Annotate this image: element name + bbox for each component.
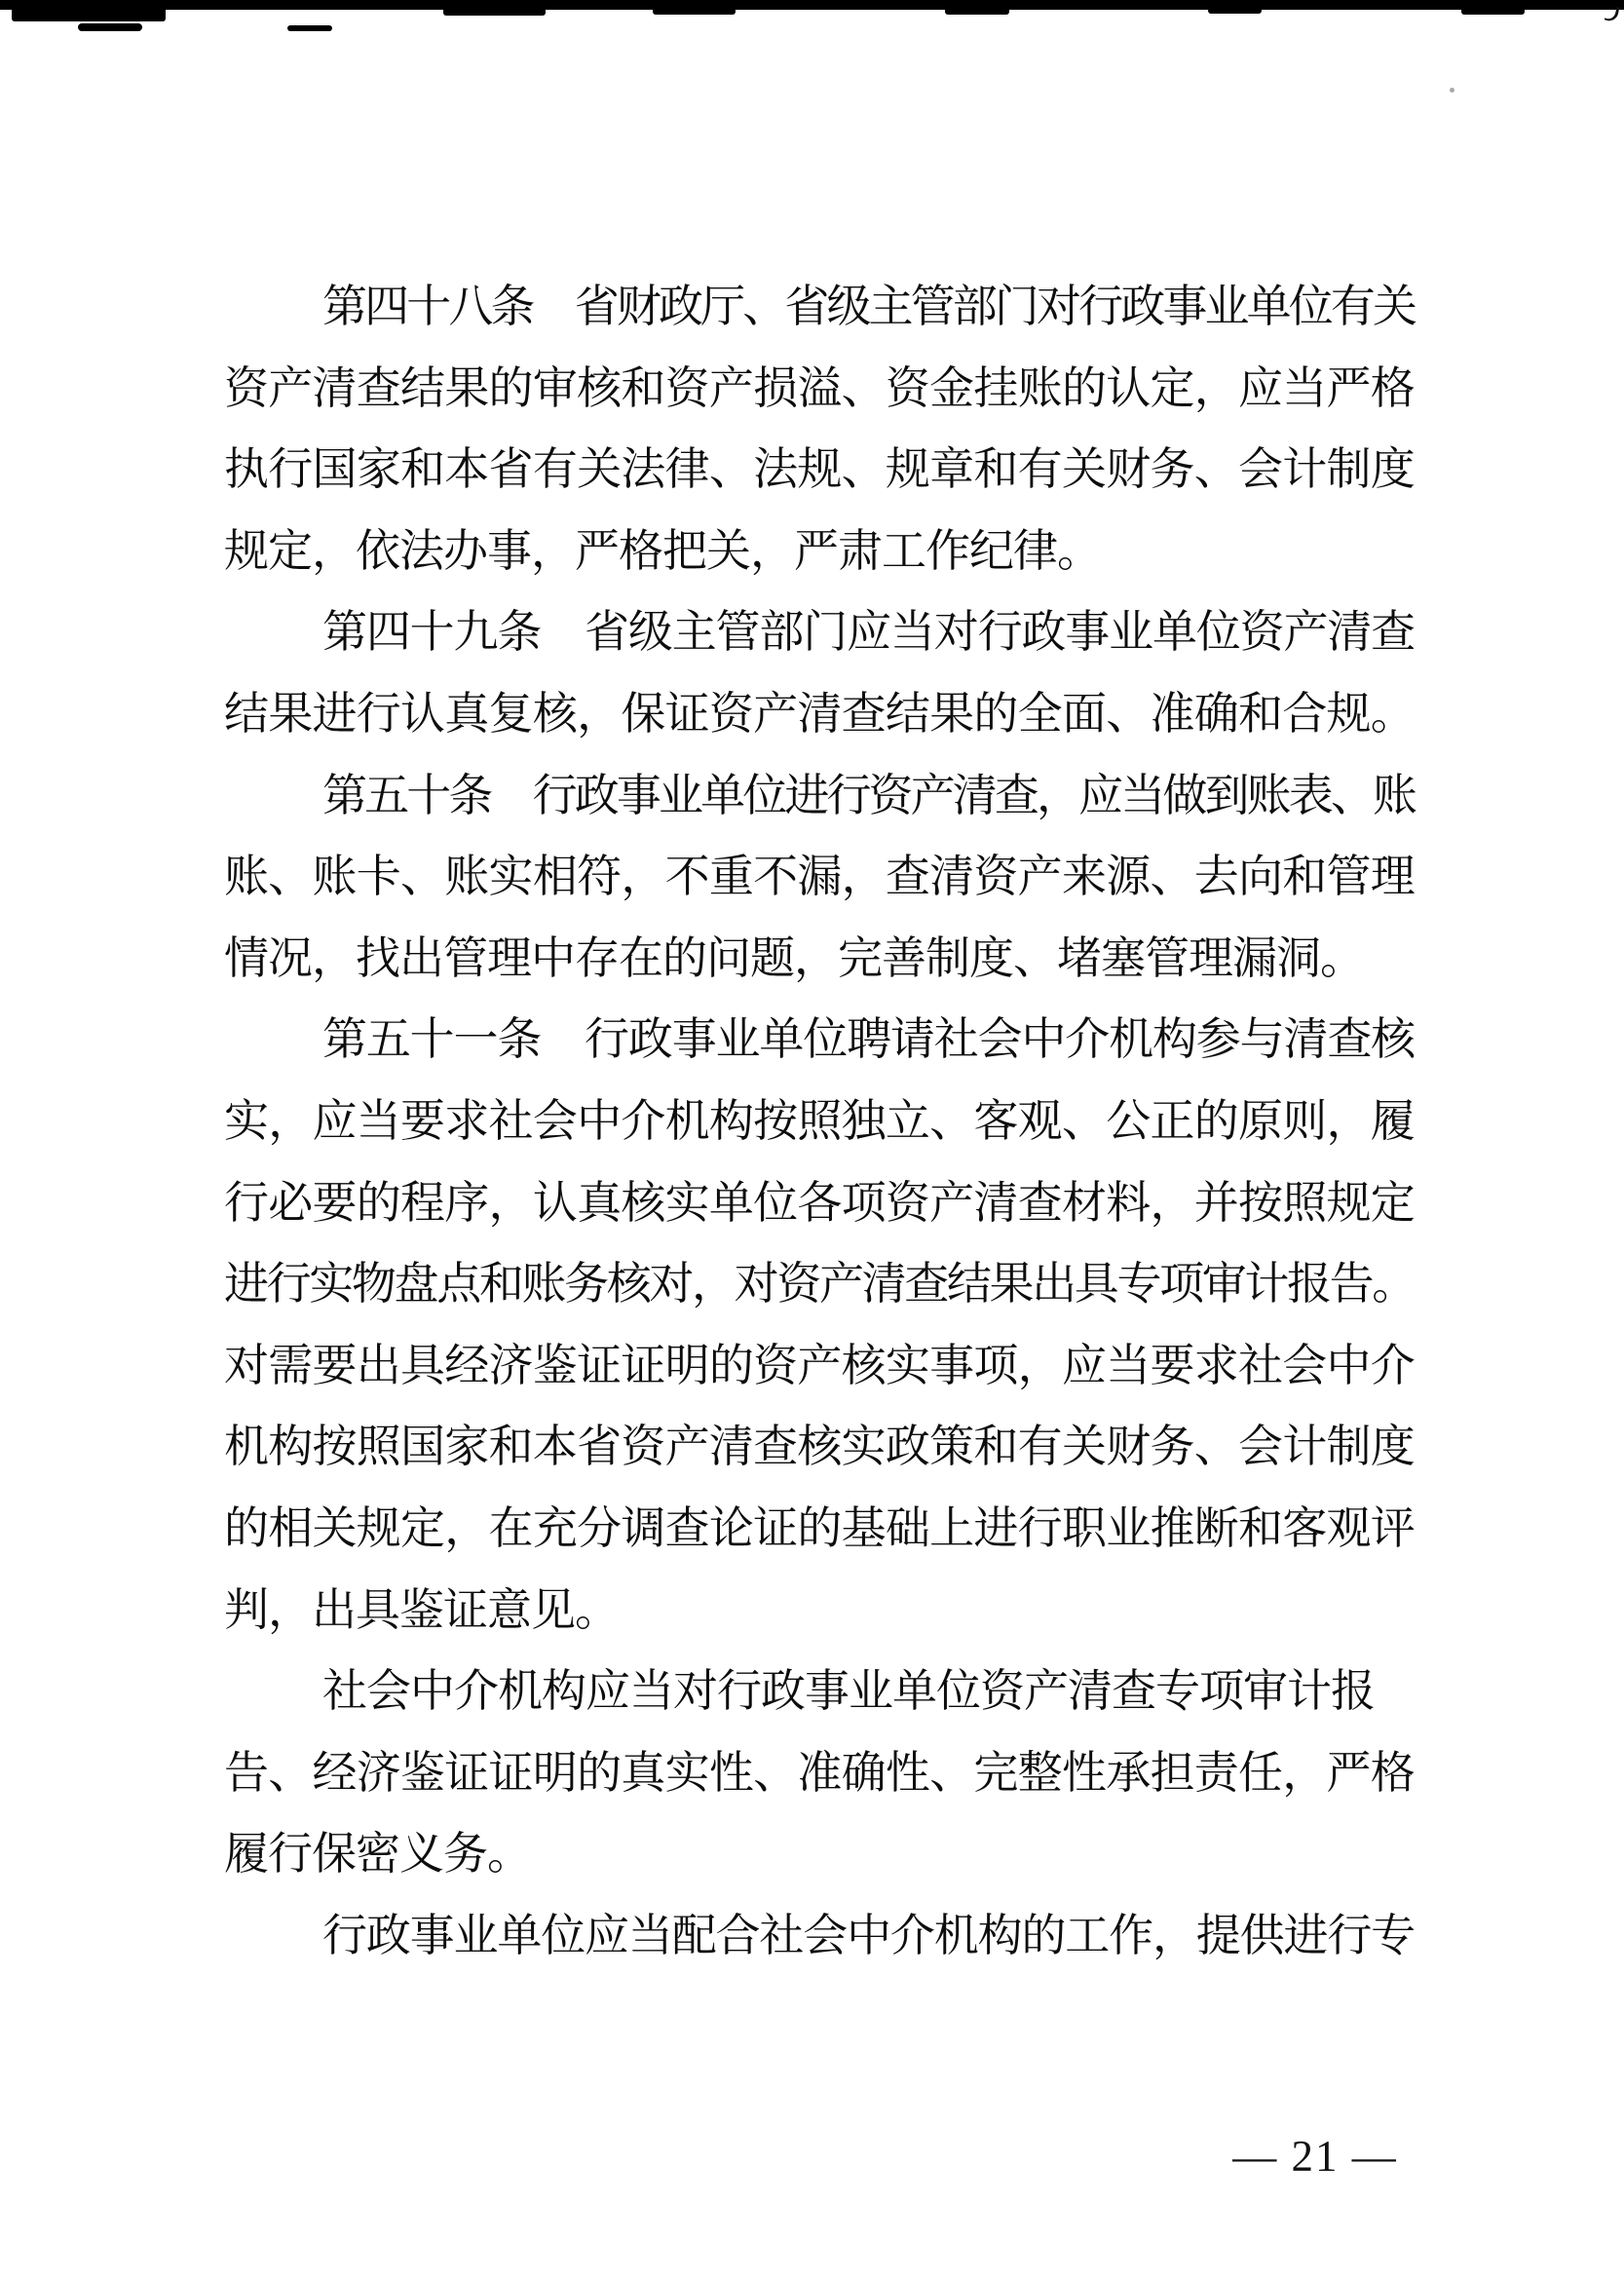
text-line-7: 第五十条 行政事业单位进行资产清查，应当做到账表、账: [322, 772, 1415, 826]
text-line-8: 账、账卡、账实相符，不重不漏，查清资产来源、去向和管理: [224, 853, 1415, 907]
text-layer: 第四十八条 省财政厅、省级主管部门对行政事业单位有关资产清查结果的审核和资产损溢…: [0, 0, 1624, 2279]
text-line-21: 行政事业单位应当配合社会中介机构的工作，提供进行专: [322, 1912, 1415, 1966]
text-line-13: 进行实物盘点和账务核对，对资产清查结果出具专项审计报告。: [224, 1260, 1415, 1314]
text-line-17: 判，出具鉴证意见。: [224, 1586, 619, 1641]
text-line-16: 的相关规定，在充分调查论证的基础上进行职业推断和客观评: [224, 1504, 1415, 1559]
text-line-4: 规定，依法办事，严格把关，严肃工作纪律。: [224, 527, 1101, 582]
text-line-9: 情况，找出管理中存在的问题，完善制度、堵塞管理漏洞。: [224, 934, 1364, 989]
text-line-12: 行必要的程序，认真核实单位各项资产清查材料，并按照规定: [224, 1179, 1415, 1234]
text-line-2: 资产清查结果的审核和资产损溢、资金挂账的认定，应当严格: [224, 364, 1415, 419]
text-line-19: 告、经济鉴证证明的真实性、准确性、完整性承担责任，严格: [224, 1749, 1415, 1804]
text-line-1: 第四十八条 省财政厅、省级主管部门对行政事业单位有关: [322, 283, 1415, 337]
text-line-14: 对需要出具经济鉴证证明的资产核实事项，应当要求社会中介: [224, 1342, 1415, 1396]
page-number: — 21 —: [1208, 2132, 1422, 2181]
text-line-18: 社会中介机构应当对行政事业单位资产清查专项审计报: [322, 1667, 1375, 1722]
text-line-5: 第四十九条 省级主管部门应当对行政事业单位资产清查: [322, 608, 1415, 663]
text-line-15: 机构按照国家和本省资产清查核实政策和有关财务、会计制度: [224, 1423, 1415, 1477]
scanned-document-page: 第四十八条 省财政厅、省级主管部门对行政事业单位有关资产清查结果的审核和资产损溢…: [0, 0, 1624, 2279]
text-line-6: 结果进行认真复核，保证资产清查结果的全面、准确和合规。: [224, 690, 1415, 744]
text-line-3: 执行国家和本省有关法律、法规、规章和有关财务、会计制度: [224, 445, 1415, 500]
text-line-11: 实，应当要求社会中介机构按照独立、客观、公正的原则，履: [224, 1097, 1415, 1152]
text-line-10: 第五十一条 行政事业单位聘请社会中介机构参与清查核: [322, 1015, 1415, 1070]
text-line-20: 履行保密义务。: [224, 1830, 531, 1884]
